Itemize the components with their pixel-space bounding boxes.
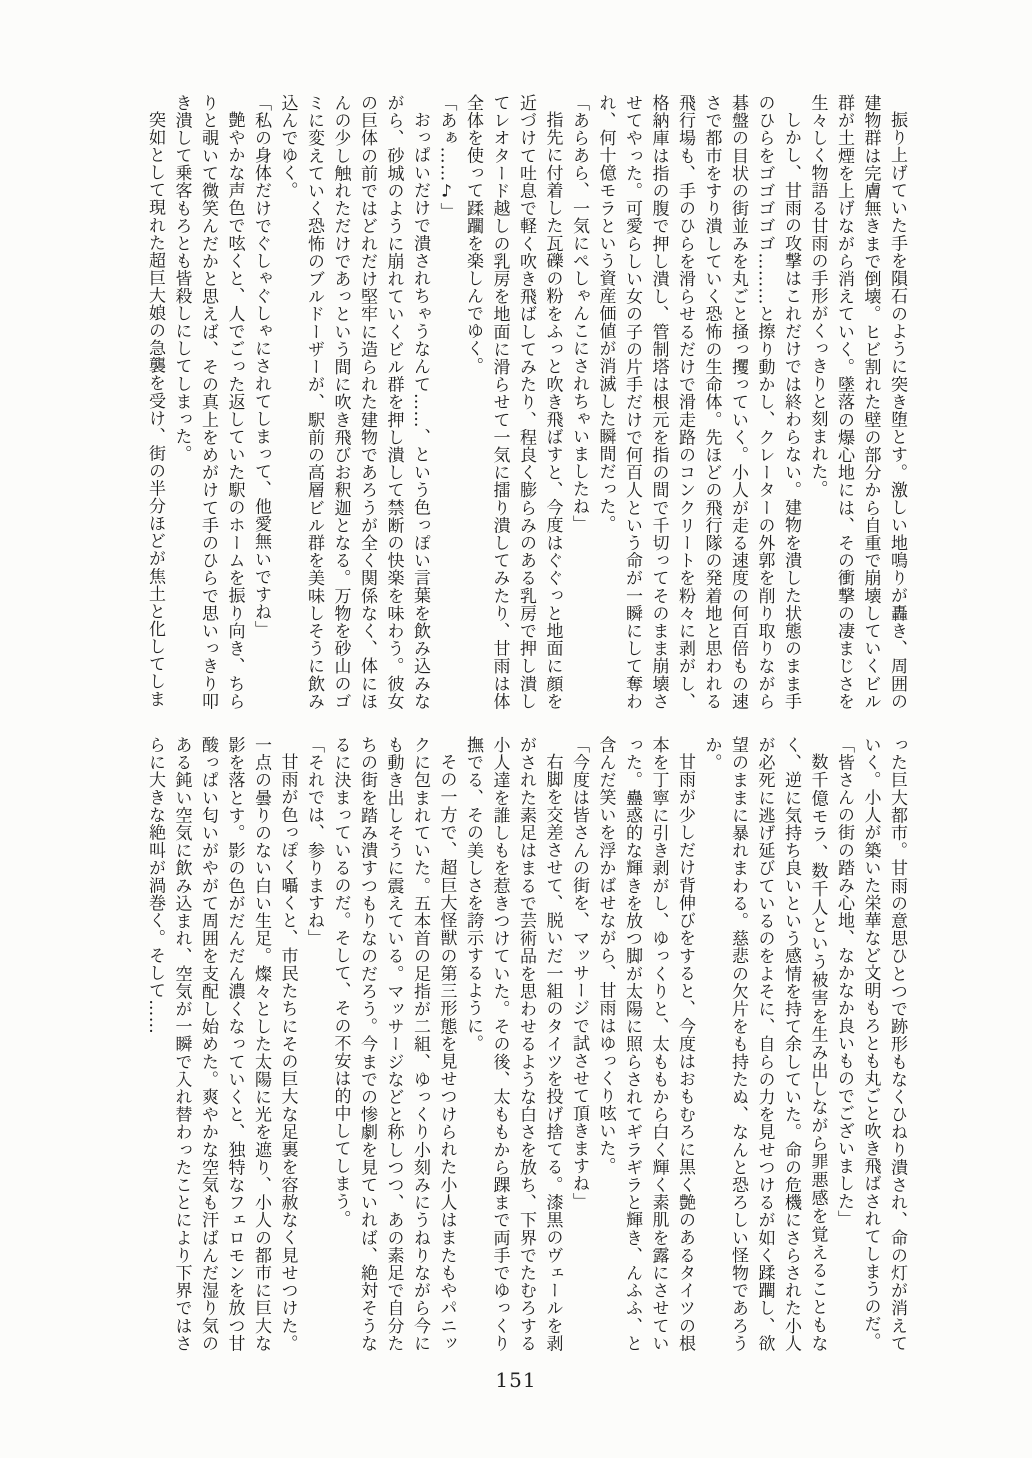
paragraph: った巨大都市。甘雨の意思ひとつで跡形もなくひねり潰され、命の灯が消えていく。小人…: [857, 736, 910, 1352]
paragraph: 「あぁ……♪」: [433, 94, 460, 710]
paragraph: 右脚を交差させて、脱いだ一組のタイツを投げ捨てる。漆黒のヴェールを剥がされた素足…: [460, 736, 566, 1352]
paragraph: しかし、甘雨の攻撃はこれだけでは終わらない。建物を潰した状態のまま手のひらをゴゴ…: [592, 94, 804, 710]
paragraph: 「皆さんの街の踏み心地、なかなか良いものでございました」: [831, 736, 858, 1352]
paragraph: その一方で、超巨大怪獣の第三形態を見せつけられた小人はまたもやパニックに包まれて…: [327, 736, 460, 1352]
paragraph: 突如として現れた超巨大娘の急襲を受け、街の半分ほどが焦土と化してしま: [142, 94, 169, 710]
paragraph: 「私の身体だけでぐしゃぐしゃにされてしまって、他愛無いですね」: [248, 94, 275, 710]
paragraph: 甘雨が少しだけ背伸びをすると、今度はおもむろに黒く艶のあるタイツの根本を丁寧に引…: [592, 736, 698, 1352]
top-text-block: 振り上げていた手を隕石のように突き堕とす。激しい地鳴りが轟き、周囲の建物群は完膚…: [142, 94, 911, 710]
book-page: 振り上げていた手を隕石のように突き堕とす。激しい地鳴りが轟き、周囲の建物群は完膚…: [0, 0, 1032, 1458]
bottom-text-block: った巨大都市。甘雨の意思ひとつで跡形もなくひねり潰され、命の灯が消えていく。小人…: [142, 736, 911, 1352]
paragraph: 艶やかな声色で呟くと、人でごった返していた駅のホームを振り向き、ちらりと覗いて微…: [168, 94, 248, 710]
paragraph: 数千億モラ、数千人という被害を生み出しながら罪悪感を覚えることもなく、逆に気持ち…: [698, 736, 831, 1352]
paragraph: 甘雨が色っぽく囁くと、市民たちにその巨大な足裏を容赦なく見せつけた。一点の曇りの…: [142, 736, 301, 1352]
paragraph: 「今度は皆さんの街を、マッサージで試させて頂きますね」: [566, 736, 593, 1352]
paragraph: おっぱいだけで潰されちゃうなんて……、という色っぽい言葉を飲み込みながら、砂城の…: [274, 94, 433, 710]
paragraph: 振り上げていた手を隕石のように突き堕とす。激しい地鳴りが轟き、周囲の建物群は完膚…: [804, 94, 910, 710]
paragraph: 「あらあら、一気にぺしゃんこにされちゃいましたね」: [566, 94, 593, 710]
page-number: 151: [0, 1368, 1032, 1392]
paragraph: 指先に付着した瓦礫の粉をふっと吹き飛ばすと、今度はぐぐっと地面に顔を近づけて吐息…: [460, 94, 566, 710]
paragraph: 「それでは、参りますね」: [301, 736, 328, 1352]
